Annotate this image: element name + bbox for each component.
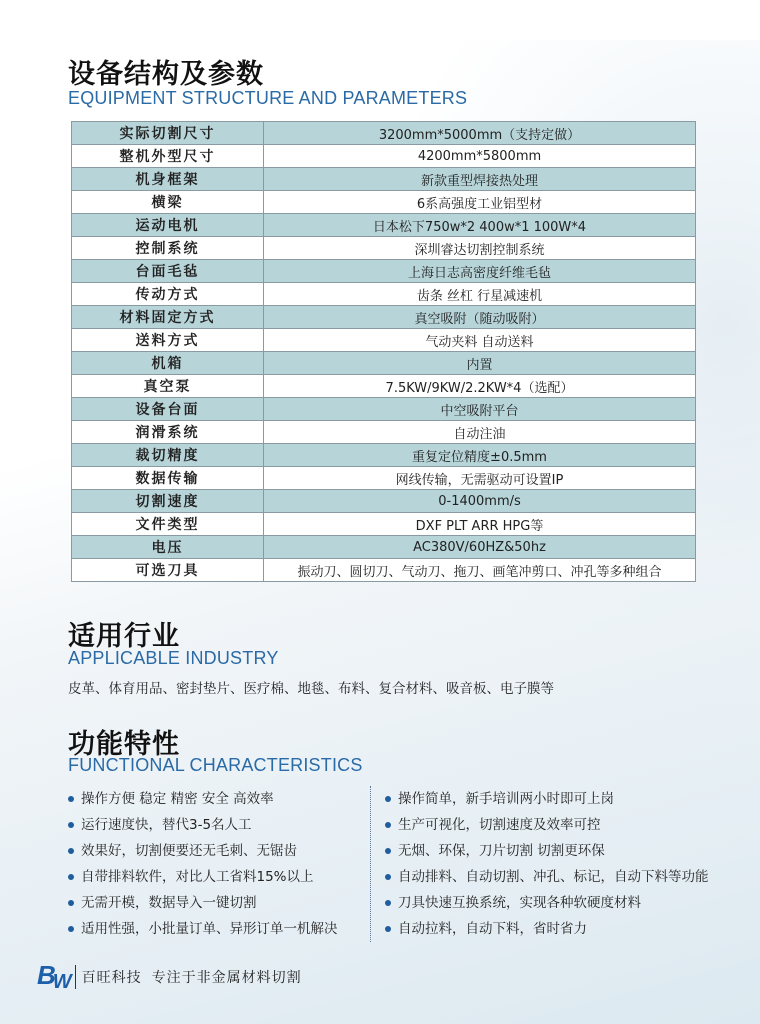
spec-row: 数据传输网线传输，无需驱动可设置IP <box>72 467 696 490</box>
feature-text: 刀具快速互换系统，实现各种软硬度材料 <box>398 892 641 914</box>
feature-item: 运行速度快，替代3-5名人工 <box>68 812 370 838</box>
spec-value: 4200mm*5800mm <box>264 145 696 168</box>
feature-text: 操作方便 稳定 精密 安全 高效率 <box>81 788 274 810</box>
feature-text: 自带排料软件，对比人工省料15%以上 <box>81 866 314 888</box>
bullet-dot-icon <box>385 926 391 932</box>
feature-item: 刀具快速互换系统，实现各种软硬度材料 <box>385 890 709 916</box>
spec-row: 裁切精度重复定位精度±0.5mm <box>72 444 696 467</box>
spec-value: DXF PLT ARR HPG等 <box>264 513 696 536</box>
feature-item: 效果好，切割便要还无毛刺、无锯齿 <box>68 838 370 864</box>
spec-key: 电压 <box>72 536 264 559</box>
spec-row: 送料方式气动夹料 自动送料 <box>72 329 696 352</box>
feature-item: 自带排料软件，对比人工省料15%以上 <box>68 864 370 890</box>
logo-letter-b: B <box>37 960 53 990</box>
spec-value: 真空吸附（随动吸附） <box>264 306 696 329</box>
brand-slogan: 专注于非金属材料切割 <box>152 970 302 986</box>
bullet-dot-icon <box>385 796 391 802</box>
spec-table: 实际切割尺寸3200mm*5000mm（支持定做）整机外型尺寸4200mm*58… <box>71 121 696 582</box>
spec-row: 台面毛毡上海日志高密度纤维毛毡 <box>72 260 696 283</box>
feature-text: 无烟、环保，刀片切割 切割更环保 <box>398 840 605 862</box>
spec-row: 切割速度0-1400mm/s <box>72 490 696 513</box>
feature-text: 适用性强，小批量订单、异形订单一机解决 <box>81 918 338 940</box>
industry-list-text: 皮革、体育用品、密封垫片、医疗棉、地毯、布料、复合材料、吸音板、电子膜等 <box>68 677 554 697</box>
spec-key: 整机外型尺寸 <box>72 145 264 168</box>
industry-title-en: APPLICABLE INDUSTRY <box>68 648 279 669</box>
spec-key: 送料方式 <box>72 329 264 352</box>
logo-letter-w: W <box>53 971 69 993</box>
spec-row: 传动方式齿条 丝杠 行星减速机 <box>72 283 696 306</box>
spec-row: 设备台面中空吸附平台 <box>72 398 696 421</box>
bullet-dot-icon <box>385 848 391 854</box>
feature-item: 自动排料、自动切割、冲孔、标记，自动下料等功能 <box>385 864 709 890</box>
spec-key: 设备台面 <box>72 398 264 421</box>
spec-key: 传动方式 <box>72 283 264 306</box>
spec-key: 控制系统 <box>72 237 264 260</box>
spec-value: 振动刀、圆切刀、气动刀、拖刀、画笔冲剪口、冲孔等多种组合 <box>264 559 696 582</box>
spec-key: 材料固定方式 <box>72 306 264 329</box>
feature-text: 运行速度快，替代3-5名人工 <box>81 814 252 836</box>
feature-item: 自动拉料，自动下料，省时省力 <box>385 916 709 942</box>
bullet-dot-icon <box>385 900 391 906</box>
features-list: 操作方便 稳定 精密 安全 高效率运行速度快，替代3-5名人工效果好，切割便要还… <box>68 786 728 942</box>
spec-value: 重复定位精度±0.5mm <box>264 444 696 467</box>
bullet-dot-icon <box>68 822 74 828</box>
spec-value: 中空吸附平台 <box>264 398 696 421</box>
feature-text: 自动拉料，自动下料，省时省力 <box>398 918 587 940</box>
spec-row: 真空泵7.5KW/9KW/2.2KW*4（选配） <box>72 375 696 398</box>
feature-text: 无需开模，数据导入一键切割 <box>81 892 257 914</box>
spec-key: 机身框架 <box>72 168 264 191</box>
spec-row: 实际切割尺寸3200mm*5000mm（支持定做） <box>72 122 696 145</box>
feature-item: 无需开模，数据导入一键切割 <box>68 890 370 916</box>
features-right-column: 操作简单，新手培训两小时即可上岗生产可视化，切割速度及效率可控无烟、环保，刀片切… <box>370 786 709 942</box>
feature-item: 操作方便 稳定 精密 安全 高效率 <box>68 786 370 812</box>
spec-value: 内置 <box>264 352 696 375</box>
bullet-dot-icon <box>68 796 74 802</box>
spec-key: 横梁 <box>72 191 264 214</box>
features-left-column: 操作方便 稳定 精密 安全 高效率运行速度快，替代3-5名人工效果好，切割便要还… <box>68 786 370 942</box>
spec-key: 运动电机 <box>72 214 264 237</box>
spec-value: 自动注油 <box>264 421 696 444</box>
spec-row: 横梁6系高强度工业铝型材 <box>72 191 696 214</box>
equipment-title-cn: 设备结构及参数 <box>68 52 264 91</box>
spec-key: 裁切精度 <box>72 444 264 467</box>
footer-divider <box>75 965 76 989</box>
bullet-dot-icon <box>68 848 74 854</box>
spec-row: 材料固定方式真空吸附（随动吸附） <box>72 306 696 329</box>
spec-value: 上海日志高密度纤维毛毡 <box>264 260 696 283</box>
spec-row: 整机外型尺寸4200mm*5800mm <box>72 145 696 168</box>
brand-name: 百旺科技 <box>82 970 142 986</box>
feature-item: 无烟、环保，刀片切割 切割更环保 <box>385 838 709 864</box>
spec-key: 可选刀具 <box>72 559 264 582</box>
spec-value: 7.5KW/9KW/2.2KW*4（选配） <box>264 375 696 398</box>
spec-row: 控制系统深圳睿达切割控制系统 <box>72 237 696 260</box>
spec-value: 齿条 丝杠 行星减速机 <box>264 283 696 306</box>
spec-key: 实际切割尺寸 <box>72 122 264 145</box>
spec-value: 新款重型焊接热处理 <box>264 168 696 191</box>
spec-value: 深圳睿达切割控制系统 <box>264 237 696 260</box>
bullet-dot-icon <box>385 874 391 880</box>
feature-item: 适用性强，小批量订单、异形订单一机解决 <box>68 916 370 942</box>
brand-logo: BW <box>37 960 69 993</box>
spec-value: 0-1400mm/s <box>264 490 696 513</box>
spec-row: 文件类型DXF PLT ARR HPG等 <box>72 513 696 536</box>
bullet-dot-icon <box>68 874 74 880</box>
spec-value: 网线传输，无需驱动可设置IP <box>264 467 696 490</box>
spec-value: 3200mm*5000mm（支持定做） <box>264 122 696 145</box>
spec-value: 气动夹料 自动送料 <box>264 329 696 352</box>
spec-key: 切割速度 <box>72 490 264 513</box>
spec-row: 润滑系统自动注油 <box>72 421 696 444</box>
spec-key: 润滑系统 <box>72 421 264 444</box>
bullet-dot-icon <box>68 926 74 932</box>
spec-row: 机身框架新款重型焊接热处理 <box>72 168 696 191</box>
feature-text: 自动排料、自动切割、冲孔、标记，自动下料等功能 <box>398 866 709 888</box>
bullet-dot-icon <box>68 900 74 906</box>
spec-key: 机箱 <box>72 352 264 375</box>
bullet-dot-icon <box>385 822 391 828</box>
spec-row: 运动电机日本松下750w*2 400w*1 100W*4 <box>72 214 696 237</box>
feature-text: 操作简单，新手培训两小时即可上岗 <box>398 788 614 810</box>
equipment-title-en: EQUIPMENT STRUCTURE AND PARAMETERS <box>68 88 467 109</box>
spec-key: 文件类型 <box>72 513 264 536</box>
features-title-en: FUNCTIONAL CHARACTERISTICS <box>68 755 363 776</box>
spec-row: 可选刀具振动刀、圆切刀、气动刀、拖刀、画笔冲剪口、冲孔等多种组合 <box>72 559 696 582</box>
spec-key: 真空泵 <box>72 375 264 398</box>
spec-row: 机箱内置 <box>72 352 696 375</box>
spec-row: 电压AC380V/60HZ&50hz <box>72 536 696 559</box>
spec-value: 日本松下750w*2 400w*1 100W*4 <box>264 214 696 237</box>
feature-text: 效果好，切割便要还无毛刺、无锯齿 <box>81 840 297 862</box>
spec-value: 6系高强度工业铝型材 <box>264 191 696 214</box>
spec-value: AC380V/60HZ&50hz <box>264 536 696 559</box>
feature-item: 操作简单，新手培训两小时即可上岗 <box>385 786 709 812</box>
spec-key: 数据传输 <box>72 467 264 490</box>
feature-text: 生产可视化，切割速度及效率可控 <box>398 814 601 836</box>
feature-item: 生产可视化，切割速度及效率可控 <box>385 812 709 838</box>
footer: BW 百旺科技专注于非金属材料切割 <box>37 960 302 993</box>
spec-key: 台面毛毡 <box>72 260 264 283</box>
